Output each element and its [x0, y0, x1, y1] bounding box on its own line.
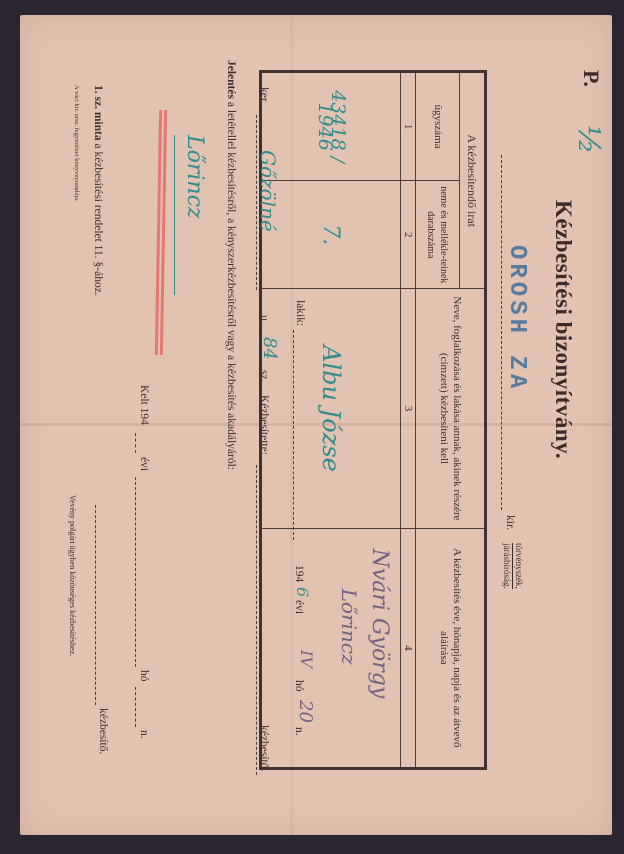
- street-number-label: u.: [258, 315, 270, 324]
- court-type-tribunal: törvényszék,: [512, 543, 524, 589]
- column-number: 3: [401, 289, 416, 528]
- report-heading-bold: Jelentés: [225, 60, 237, 99]
- dated-month-dots: [135, 477, 136, 667]
- group-header: A kézbesítendő irat: [460, 72, 486, 289]
- district-dotted-line: [256, 115, 257, 290]
- column-number: 1: [401, 72, 416, 181]
- doc-type-value: 7.: [261, 181, 401, 289]
- court-type: törvényszék, járásbíróság.: [501, 543, 524, 589]
- form-ref: 1. sz. minta a kézbesítési rendelet 11. …: [92, 85, 104, 296]
- page-title: Kézbesítési bizonyítvány.: [550, 200, 576, 459]
- courier-signature: Lőrincz: [342, 589, 355, 665]
- report-heading: Jelentés a letétellel kézbesítésről, a k…: [225, 60, 237, 470]
- case-number-value: 43418 / 1946: [261, 72, 401, 181]
- column-header-recipient: Neve, foglalkozása és lakása annak, akin…: [416, 289, 486, 528]
- handwritten-fraction: ½: [571, 125, 606, 154]
- residence-label: lakik:: [294, 300, 306, 326]
- month-label: hó: [293, 680, 305, 692]
- day-label: n.: [293, 727, 305, 736]
- residence-dotted-line: [293, 330, 294, 540]
- printer-note: A váci kir. orsz. fegyintézet könyvnyomd…: [73, 85, 80, 202]
- day-hand: 20: [295, 700, 316, 723]
- p-mark: P.: [578, 70, 604, 87]
- footer-courier-label: kézbesítő.: [97, 708, 109, 754]
- sz-label: sz.: [258, 370, 270, 382]
- dated-month-label: hó: [138, 670, 150, 682]
- street-number-hand: 84: [259, 337, 280, 360]
- courier-signature-dots: [95, 505, 96, 705]
- receiver-signature: Nvári György: [373, 549, 386, 699]
- dated-label: Kelt 194: [138, 385, 150, 425]
- year-prefix: 194: [293, 565, 305, 582]
- court-dotted-line: [501, 155, 502, 510]
- month-hand: IV: [297, 650, 316, 668]
- delivery-date-cell: Nvári György Lőrincz: [261, 528, 401, 768]
- dated-year-label: évi: [138, 457, 150, 471]
- form-ref-text: a kézbesítési rendelet 11. §-ához.: [92, 143, 104, 295]
- report-heading-text: a letétellel kézbesítésről, a kényszerké…: [225, 102, 237, 470]
- form-number: 1. sz. minta: [92, 85, 104, 141]
- courier-label: kézbesítő.: [258, 725, 270, 771]
- column-header-delivery-date: A kézbesítés éve, hónapja, napja és az á…: [416, 528, 486, 768]
- delivered-by-label: Kézbesítette:: [258, 395, 270, 455]
- court-suffix: kir.: [504, 515, 516, 530]
- column-header-doc-type: neme és mellékle-teinek darabszáma: [416, 181, 460, 289]
- column-header-case-number: ügyszáma: [416, 72, 460, 181]
- column-number: 4: [401, 528, 416, 768]
- dated-day-dots: [135, 687, 136, 727]
- year-hand: 6: [293, 587, 312, 597]
- district-hand: Gőzölné: [256, 150, 280, 232]
- receipt-note: Vevény polgári ügyben közönséges kézbesí…: [68, 495, 77, 656]
- year-label: évi: [293, 600, 305, 614]
- court-stamp: OROSH ZA: [503, 245, 530, 392]
- rotated-form: P. ½ Kézbesítési bizonyítvány. OROSH ZA …: [20, 15, 612, 835]
- report-signature: Lőrincz: [182, 135, 207, 219]
- dated-day-label: n.: [138, 730, 150, 739]
- district-label: ker.: [258, 87, 270, 104]
- delivered-by-dotted-line: [256, 465, 257, 775]
- signature-underline: [174, 135, 175, 295]
- column-number: 2: [401, 181, 416, 289]
- court-type-district: járásbíróság.: [501, 543, 512, 589]
- recipient-value: Albu Józse: [261, 289, 401, 528]
- dated-year-dots: [135, 433, 136, 453]
